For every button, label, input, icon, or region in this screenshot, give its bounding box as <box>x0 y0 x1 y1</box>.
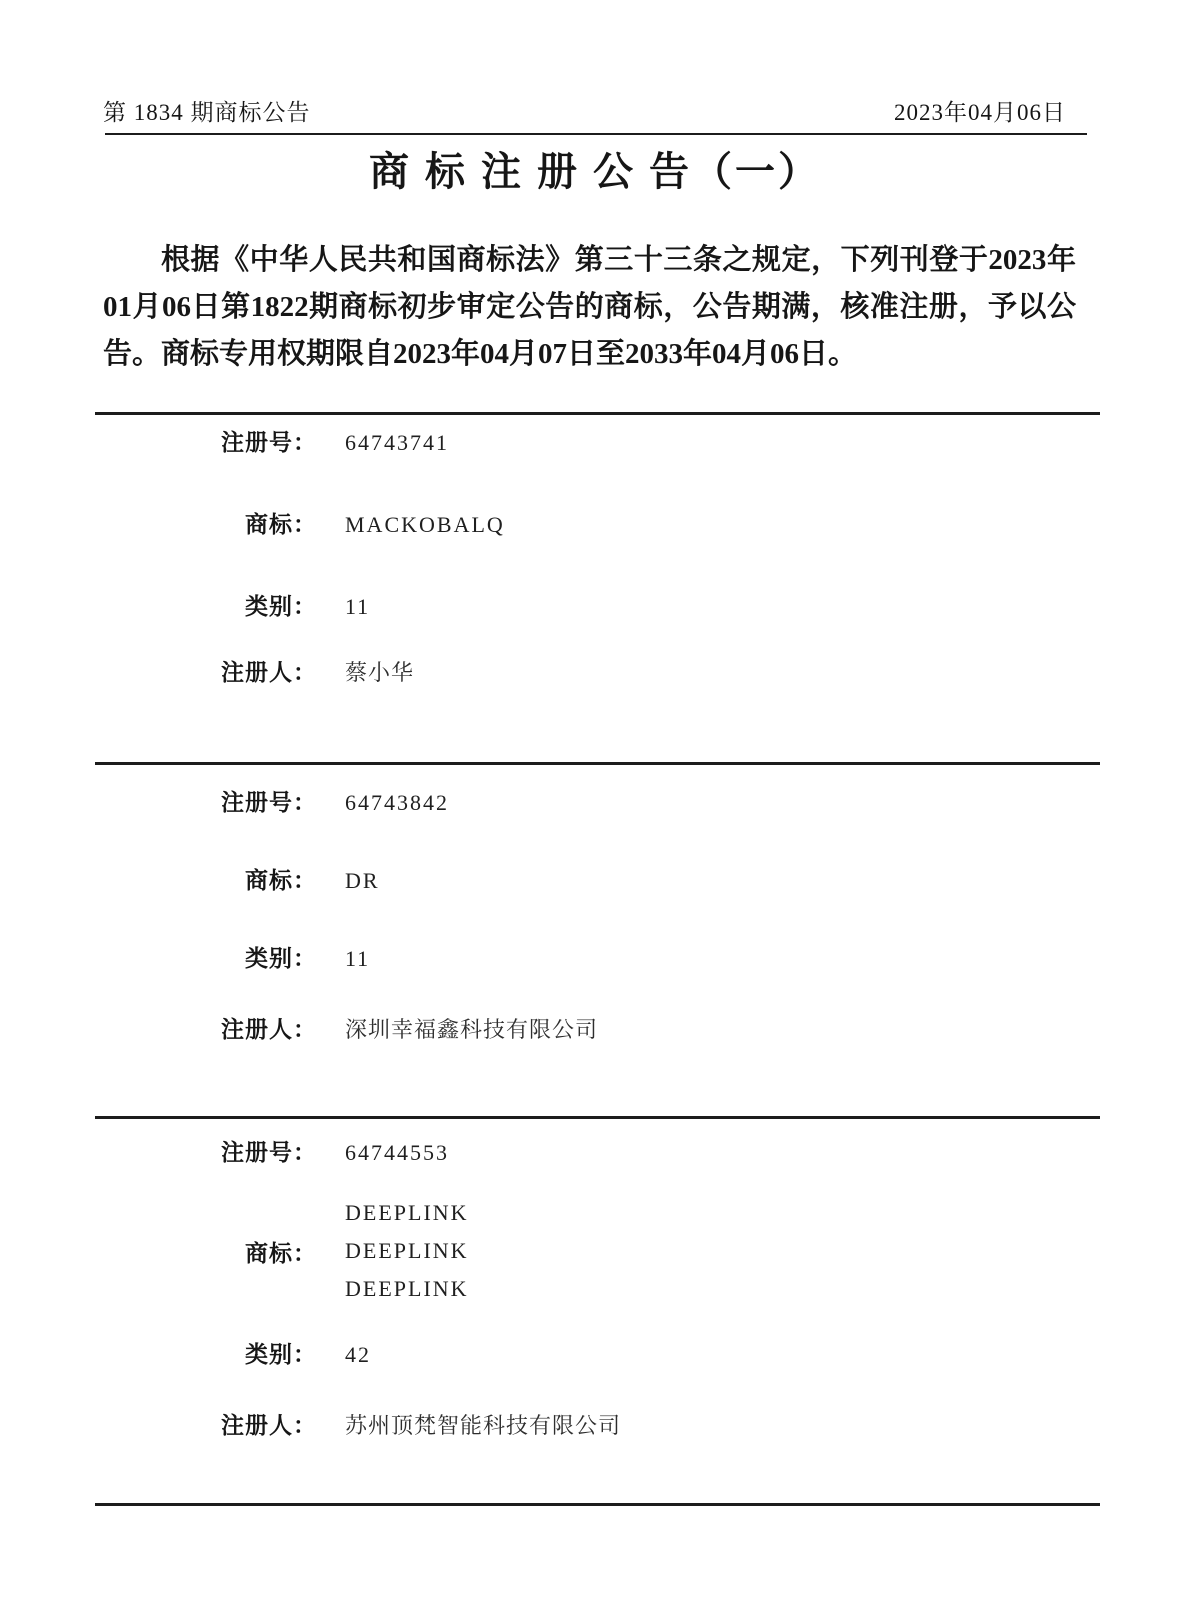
reg-no-value: 64743741 <box>345 430 449 456</box>
category-label: 类别： <box>95 588 317 621</box>
trademark-value-multiline: DEEPLINK DEEPLINK DEEPLINK <box>345 1194 469 1308</box>
field-row-reg-no: 注册号： 64743741 <box>95 424 449 457</box>
trademark-label: 商标： <box>95 1235 317 1268</box>
record-separator <box>95 1116 1100 1119</box>
issue-label: 第 1834 期商标公告 <box>103 94 311 127</box>
bottom-rule <box>95 1503 1100 1506</box>
registrant-value: 苏州顶梵智能科技有限公司 <box>345 1409 621 1440</box>
field-row-category: 类别： 11 <box>95 940 370 973</box>
gazette-page: 第 1834 期商标公告 2023年04月06日 商 标 注 册 公 告（一） … <box>0 0 1190 1606</box>
reg-no-label: 注册号： <box>95 1134 317 1167</box>
field-row-reg-no: 注册号： 64743842 <box>95 784 449 817</box>
category-value: 42 <box>345 1342 371 1368</box>
reg-no-value: 64743842 <box>345 790 449 816</box>
trademark-value: MACKOBALQ <box>345 512 505 538</box>
field-row-reg-no: 注册号： 64744553 <box>95 1134 449 1167</box>
registrant-value: 蔡小华 <box>345 656 414 687</box>
category-label: 类别： <box>95 1336 317 1369</box>
record-separator <box>95 762 1100 765</box>
trademark-label: 商标： <box>95 862 317 895</box>
record-separator <box>95 412 1100 415</box>
field-row-trademark: 商标： DR <box>95 862 380 895</box>
issue-date: 2023年04月06日 <box>894 94 1066 127</box>
field-row-registrant: 注册人： 苏州顶梵智能科技有限公司 <box>95 1407 621 1440</box>
category-value: 11 <box>345 594 370 620</box>
reg-no-value: 64744553 <box>345 1140 449 1166</box>
page-title: 商 标 注 册 公 告（一） <box>0 140 1190 197</box>
registrant-label: 注册人： <box>95 1407 317 1440</box>
header-rule <box>105 133 1087 135</box>
intro-paragraph: 根据《中华人民共和国商标法》第三十三条之规定，下列刊登于2023年01月06日第… <box>103 237 1076 378</box>
registrant-value: 深圳幸福鑫科技有限公司 <box>345 1013 598 1044</box>
field-row-registrant: 注册人： 蔡小华 <box>95 654 414 687</box>
field-row-trademark: 商标： MACKOBALQ <box>95 506 505 539</box>
field-row-category: 类别： 11 <box>95 588 370 621</box>
reg-no-label: 注册号： <box>95 784 317 817</box>
reg-no-label: 注册号： <box>95 424 317 457</box>
registrant-label: 注册人： <box>95 1011 317 1044</box>
registrant-label: 注册人： <box>95 654 317 687</box>
trademark-value: DR <box>345 868 380 894</box>
trademark-line: DEEPLINK <box>345 1194 469 1232</box>
category-label: 类别： <box>95 940 317 973</box>
field-row-trademark: 商标： DEEPLINK DEEPLINK DEEPLINK <box>95 1194 469 1308</box>
field-row-category: 类别： 42 <box>95 1336 371 1369</box>
trademark-label: 商标： <box>95 506 317 539</box>
category-value: 11 <box>345 946 370 972</box>
trademark-line: DEEPLINK <box>345 1270 469 1308</box>
field-row-registrant: 注册人： 深圳幸福鑫科技有限公司 <box>95 1011 598 1044</box>
trademark-line: DEEPLINK <box>345 1232 469 1270</box>
